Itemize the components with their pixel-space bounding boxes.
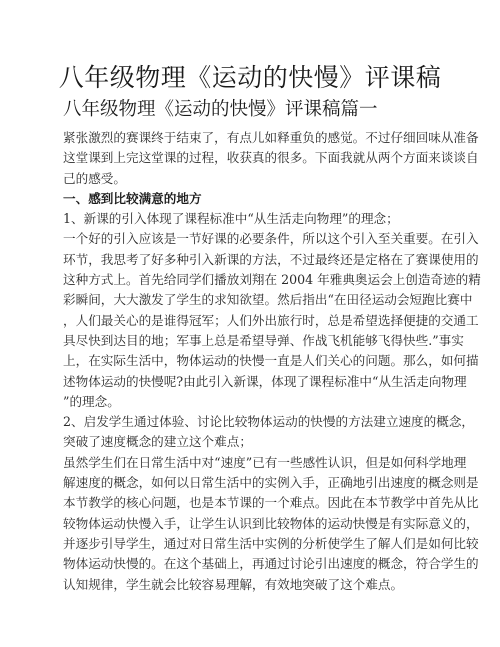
text-line: 认知规律，学生就会比较容易理解，有效地突破了这个难点。 [63,575,425,595]
text-line: 上，在实际生活中，物体运动的快慢一直是人们关心的问题。那么，如何描 [63,351,425,371]
text-line: 物体运动快慢的。在这个基础上，再通过讨论引出速度的概念，符合学生的 [63,554,425,574]
text-line: 述物体运动的快慢呢?由此引入新课，体现了课程标准中“从生活走向物理 [63,372,425,392]
document-title: 八年级物理《运动的快慢》评课稿 [0,58,500,94]
text-line: 紧张激烈的赛课终于结束了，有点儿如释重负的感觉。不过仔细回味从准备 [63,128,425,148]
text-line: ，人们最关心的是谁得冠军；人们外出旅行时，总是希望选择便捷的交通工 [63,311,425,331]
text-line: 本节教学的核心问题，也是本节课的一个难点。因此在本节教学中首先从比 [63,493,425,513]
section-heading: 八年级物理《运动的快慢》评课稿篇一 [63,95,378,121]
text-line: 具尽快到达目的地；军事上总是希望导弹、作战飞机能够飞得快些.”事实 [63,331,425,351]
text-line: 较物体运动快慢入手，让学生认识到比较物体的运动快慢是有实际意义的， [63,514,425,534]
text-line: 1、新课的引入体现了课程标准中“从生活走向物理”的理念； [63,209,425,229]
subheading: 一、感到比较满意的地方 [63,189,425,209]
text-line: 突破了速度概念的建立这个难点； [63,432,425,452]
text-line: 2、启发学生通过体验、讨论比较物体运动的快慢的方法建立速度的概念， [63,412,425,432]
text-line: 这堂课到上完这堂课的过程，收获真的很多。下面我就从两个方面来谈谈自 [63,148,425,168]
text-line: ”的理念。 [63,392,425,412]
text-line: 这种方式上。首先给同学们播放刘翔在 2004 年雅典奥运会上创造奇迹的精 [63,270,425,290]
text-line: 环节，我思考了好多种引入新课的方法，不过最终还是定格在了赛课使用的 [63,250,425,270]
document-body: 紧张激烈的赛课终于结束了，有点儿如释重负的感觉。不过仔细回味从准备 这堂课到上完… [63,128,425,595]
text-line: 彩瞬间，大大激发了学生的求知欲望。然后指出“在田径运动会短跑比赛中 [63,290,425,310]
text-line: 虽然学生们在日常生活中对“速度”已有一些感性认识，但是如何科学地理 [63,453,425,473]
text-line: 己的感受。 [63,169,425,189]
text-line: 一个好的引入应该是一节好课的必要条件，所以这个引入至关重要。在引入 [63,229,425,249]
text-line: 并逐步引导学生，通过对日常生活中实例的分析使学生了解人们是如何比较 [63,534,425,554]
text-line: 解速度的概念，如何以日常生活中的实例入手，正确地引出速度的概念则是 [63,473,425,493]
